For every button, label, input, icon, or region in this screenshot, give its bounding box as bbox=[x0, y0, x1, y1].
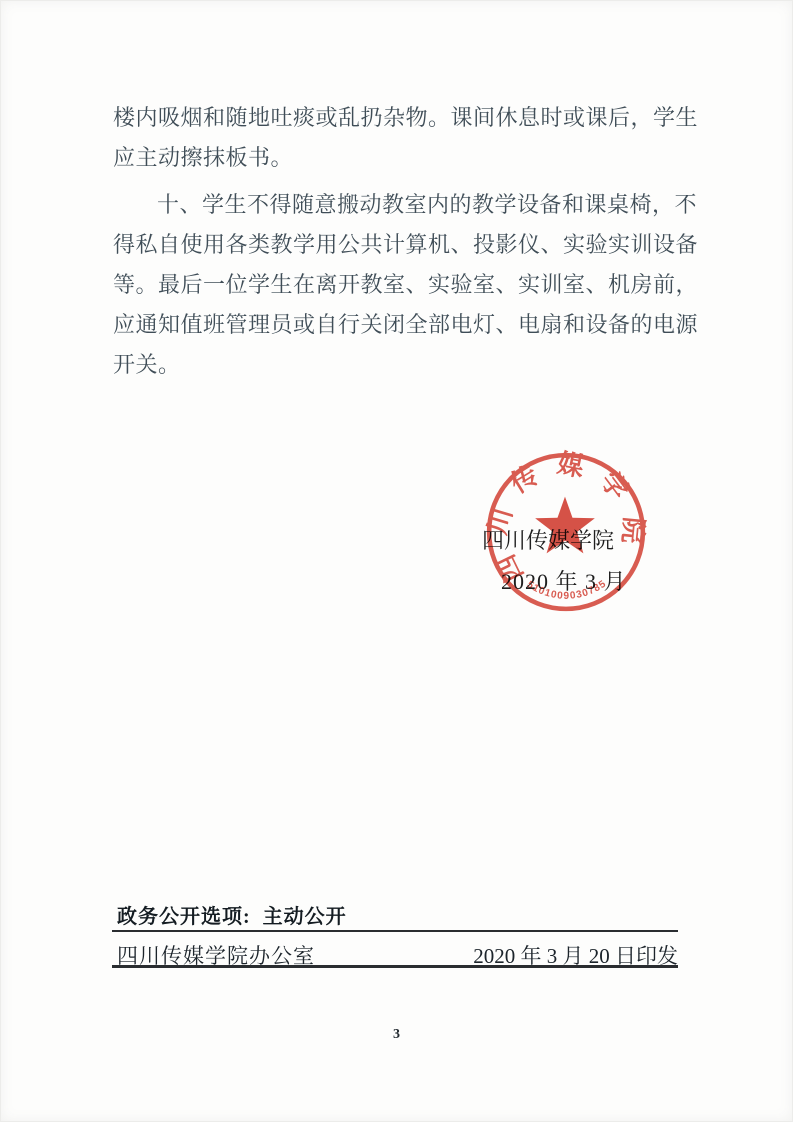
body-line: 等。最后一位学生在离开教室、实验室、实训室、机房前， bbox=[113, 265, 685, 305]
disclosure-value: 主动公开 bbox=[263, 906, 347, 928]
signature-date: 2020 年 3 月 bbox=[501, 565, 627, 596]
footer-divider-bottom bbox=[112, 965, 678, 968]
body-line: 楼内吸烟和随地吐痰或乱扔杂物。课间休息时或课后，学生 bbox=[113, 98, 685, 138]
page-number: 3 bbox=[0, 1027, 793, 1043]
body-line: 十、学生不得随意搬动教室内的教学设备和课桌椅，不 bbox=[113, 185, 685, 225]
body-line: 得私自使用各类教学用公共计算机、投影仪、实验实训设备 bbox=[113, 225, 685, 265]
body-line: 应主动擦抹板书。 bbox=[113, 138, 685, 178]
document-page: 楼内吸烟和随地吐痰或乱扔杂物。课间休息时或课后，学生 应主动擦抹板书。 十、学生… bbox=[0, 0, 793, 1122]
disclosure-row: 政务公开选项:主动公开 bbox=[117, 900, 347, 929]
paragraph-item-10: 十、学生不得随意搬动教室内的教学设备和课桌椅，不 得私自使用各类教学用公共计算机… bbox=[113, 185, 685, 385]
body-text: 楼内吸烟和随地吐痰或乱扔杂物。课间休息时或课后，学生 应主动擦抹板书。 十、学生… bbox=[113, 98, 685, 385]
disclosure-label: 政务公开选项: bbox=[117, 906, 251, 928]
footer-divider-top bbox=[112, 930, 678, 932]
signature-organization: 四川传媒学院 bbox=[482, 524, 614, 555]
paragraph-continued: 楼内吸烟和随地吐痰或乱扔杂物。课间休息时或课后，学生 应主动擦抹板书。 bbox=[113, 98, 685, 178]
body-line: 开关。 bbox=[113, 345, 685, 385]
body-line: 应通知值班管理员或自行关闭全部电灯、电扇和设备的电源 bbox=[113, 305, 685, 345]
